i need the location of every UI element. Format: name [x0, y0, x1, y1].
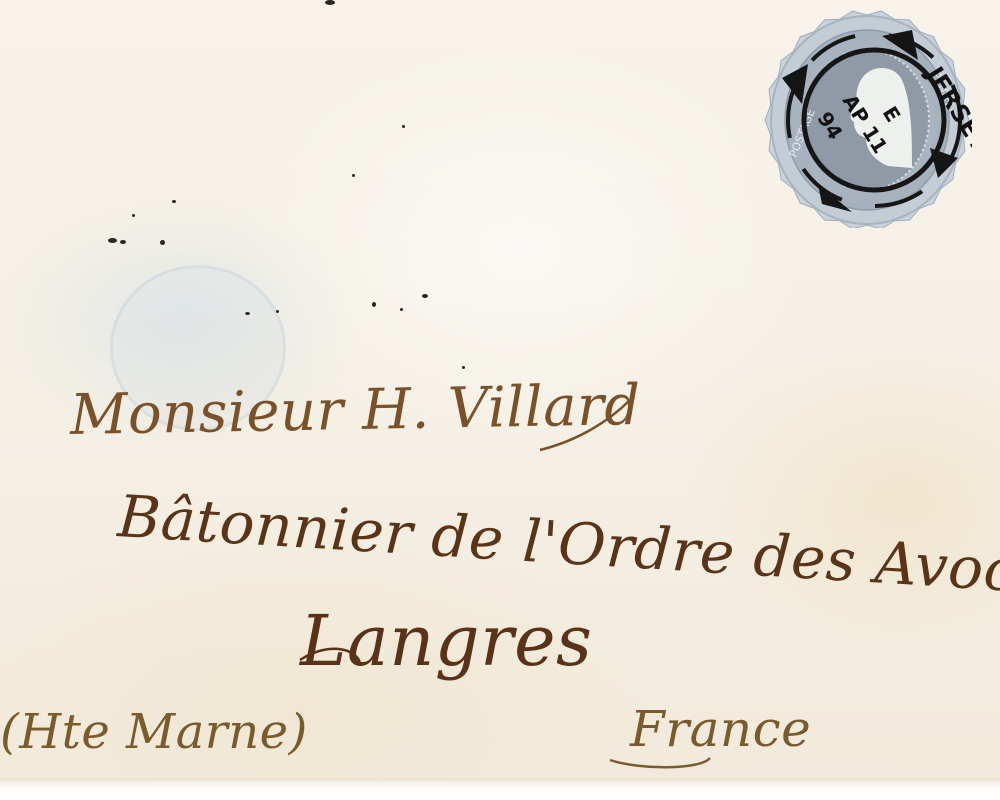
ink-speck	[108, 238, 117, 243]
address-title: Bâtonnier de l'Ordre des Avocats	[116, 482, 1000, 610]
address-recipient: Monsieur H. Villard	[69, 373, 641, 448]
address-city: Langres	[300, 600, 592, 682]
ink-speck	[372, 302, 376, 307]
ink-speck	[422, 294, 428, 298]
ink-speck	[160, 240, 165, 245]
address-country: France	[630, 700, 811, 758]
ink-speck	[402, 125, 405, 128]
postage-stamp: POSTAGE PENNY JERSEY E AP 11 94	[762, 8, 972, 228]
ink-speck	[400, 308, 403, 311]
ink-speck	[245, 312, 250, 315]
ink-speck	[352, 174, 355, 177]
ink-speck	[132, 214, 135, 217]
ink-speck	[120, 240, 126, 244]
ink-speck	[462, 366, 465, 369]
envelope-edge	[0, 778, 1000, 800]
ink-speck	[172, 200, 176, 203]
address-department: (Hte Marne)	[0, 704, 308, 760]
envelope: POSTAGE PENNY JERSEY E AP 11 94 Monsieur…	[0, 0, 1000, 800]
ink-speck	[276, 310, 279, 313]
ink-speck	[325, 0, 335, 5]
